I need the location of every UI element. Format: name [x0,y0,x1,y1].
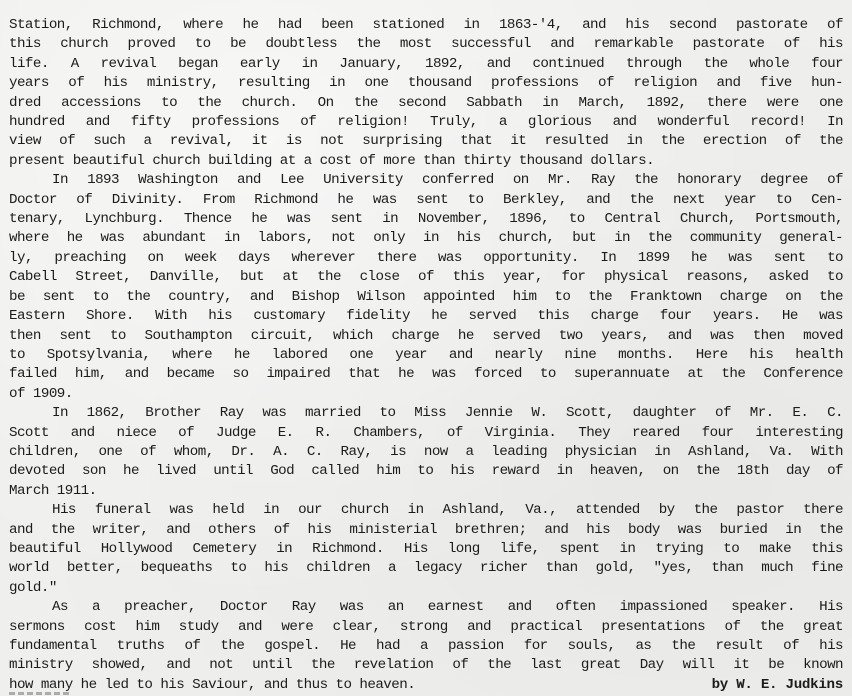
paragraph: As a preacher, Doctor Ray was an earnest… [9,598,843,695]
text-line: this church proved to be doubtless the m… [9,35,843,54]
text-line: Cabell Street, Danville, but at the clos… [9,268,843,287]
text-line: ministry showed, and not until the revel… [9,656,843,675]
text-line: ly, preaching on week days wherever ther… [9,249,843,268]
text-line: life. A revival began early in January, … [9,55,843,74]
text-line: years of his ministry, resulting in one … [9,74,843,93]
text-line: failed him, and became so impaired that … [9,365,843,384]
text-line: devoted son he lived until God called hi… [9,462,843,481]
text-line: be sent to the country, and Bishop Wilso… [9,288,843,307]
text-line: Doctor of Divinity. From Richmond he was… [9,191,843,210]
paragraph: In 1893 Washington and Lee University co… [9,171,843,404]
text-line: and the writer, and others of his minist… [9,521,843,540]
author-signature: by W. E. Judkins [712,676,843,695]
text-line: present beautiful church building at a c… [9,152,843,171]
text-line: world better, bequeaths to his children … [9,559,843,578]
text-line: view of such a revival, it is not surpri… [9,132,843,151]
cut-off-next-line [9,692,409,696]
paragraph: His funeral was held in our church in As… [9,501,843,598]
text-line: fundamental truths of the gospel. He had… [9,637,843,656]
text-line: of 1909. [9,385,843,404]
text-line: Station, Richmond, where he had been sta… [9,16,843,35]
text-line: Eastern Shore. With his customary fideli… [9,307,843,326]
text-line: March 1911. [9,482,843,501]
text-line: As a preacher, Doctor Ray was an earnest… [9,598,843,617]
text-line: sermons cost him study and were clear, s… [9,618,843,637]
paragraph: Station, Richmond, where he had been sta… [9,16,843,171]
text-line: hundred and fifty professions of religio… [9,113,843,132]
text-line: His funeral was held in our church in As… [9,501,843,520]
text-line: to Spotsylvania, where he labored one ye… [9,346,843,365]
text-line: then sent to Southampton circuit, which … [9,327,843,346]
text-line: In 1893 Washington and Lee University co… [9,171,843,190]
article-body: Station, Richmond, where he had been sta… [9,16,843,695]
scanned-page: Station, Richmond, where he had been sta… [0,0,852,696]
text-line: beautiful Hollywood Cemetery in Richmond… [9,540,843,559]
text-line: gold." [9,579,843,598]
text-line: tenary, Lynchburg. Thence he was sent in… [9,210,843,229]
text-line: In 1862, Brother Ray was married to Miss… [9,404,843,423]
text-line: where he was abundant in labors, not onl… [9,229,843,248]
text-line: dred accessions to the church. On the se… [9,94,843,113]
text-line: Scott and niece of Judge E. R. Chambers,… [9,424,843,443]
text-line: children, one of whom, Dr. A. C. Ray, is… [9,443,843,462]
paragraph: In 1862, Brother Ray was married to Miss… [9,404,843,501]
